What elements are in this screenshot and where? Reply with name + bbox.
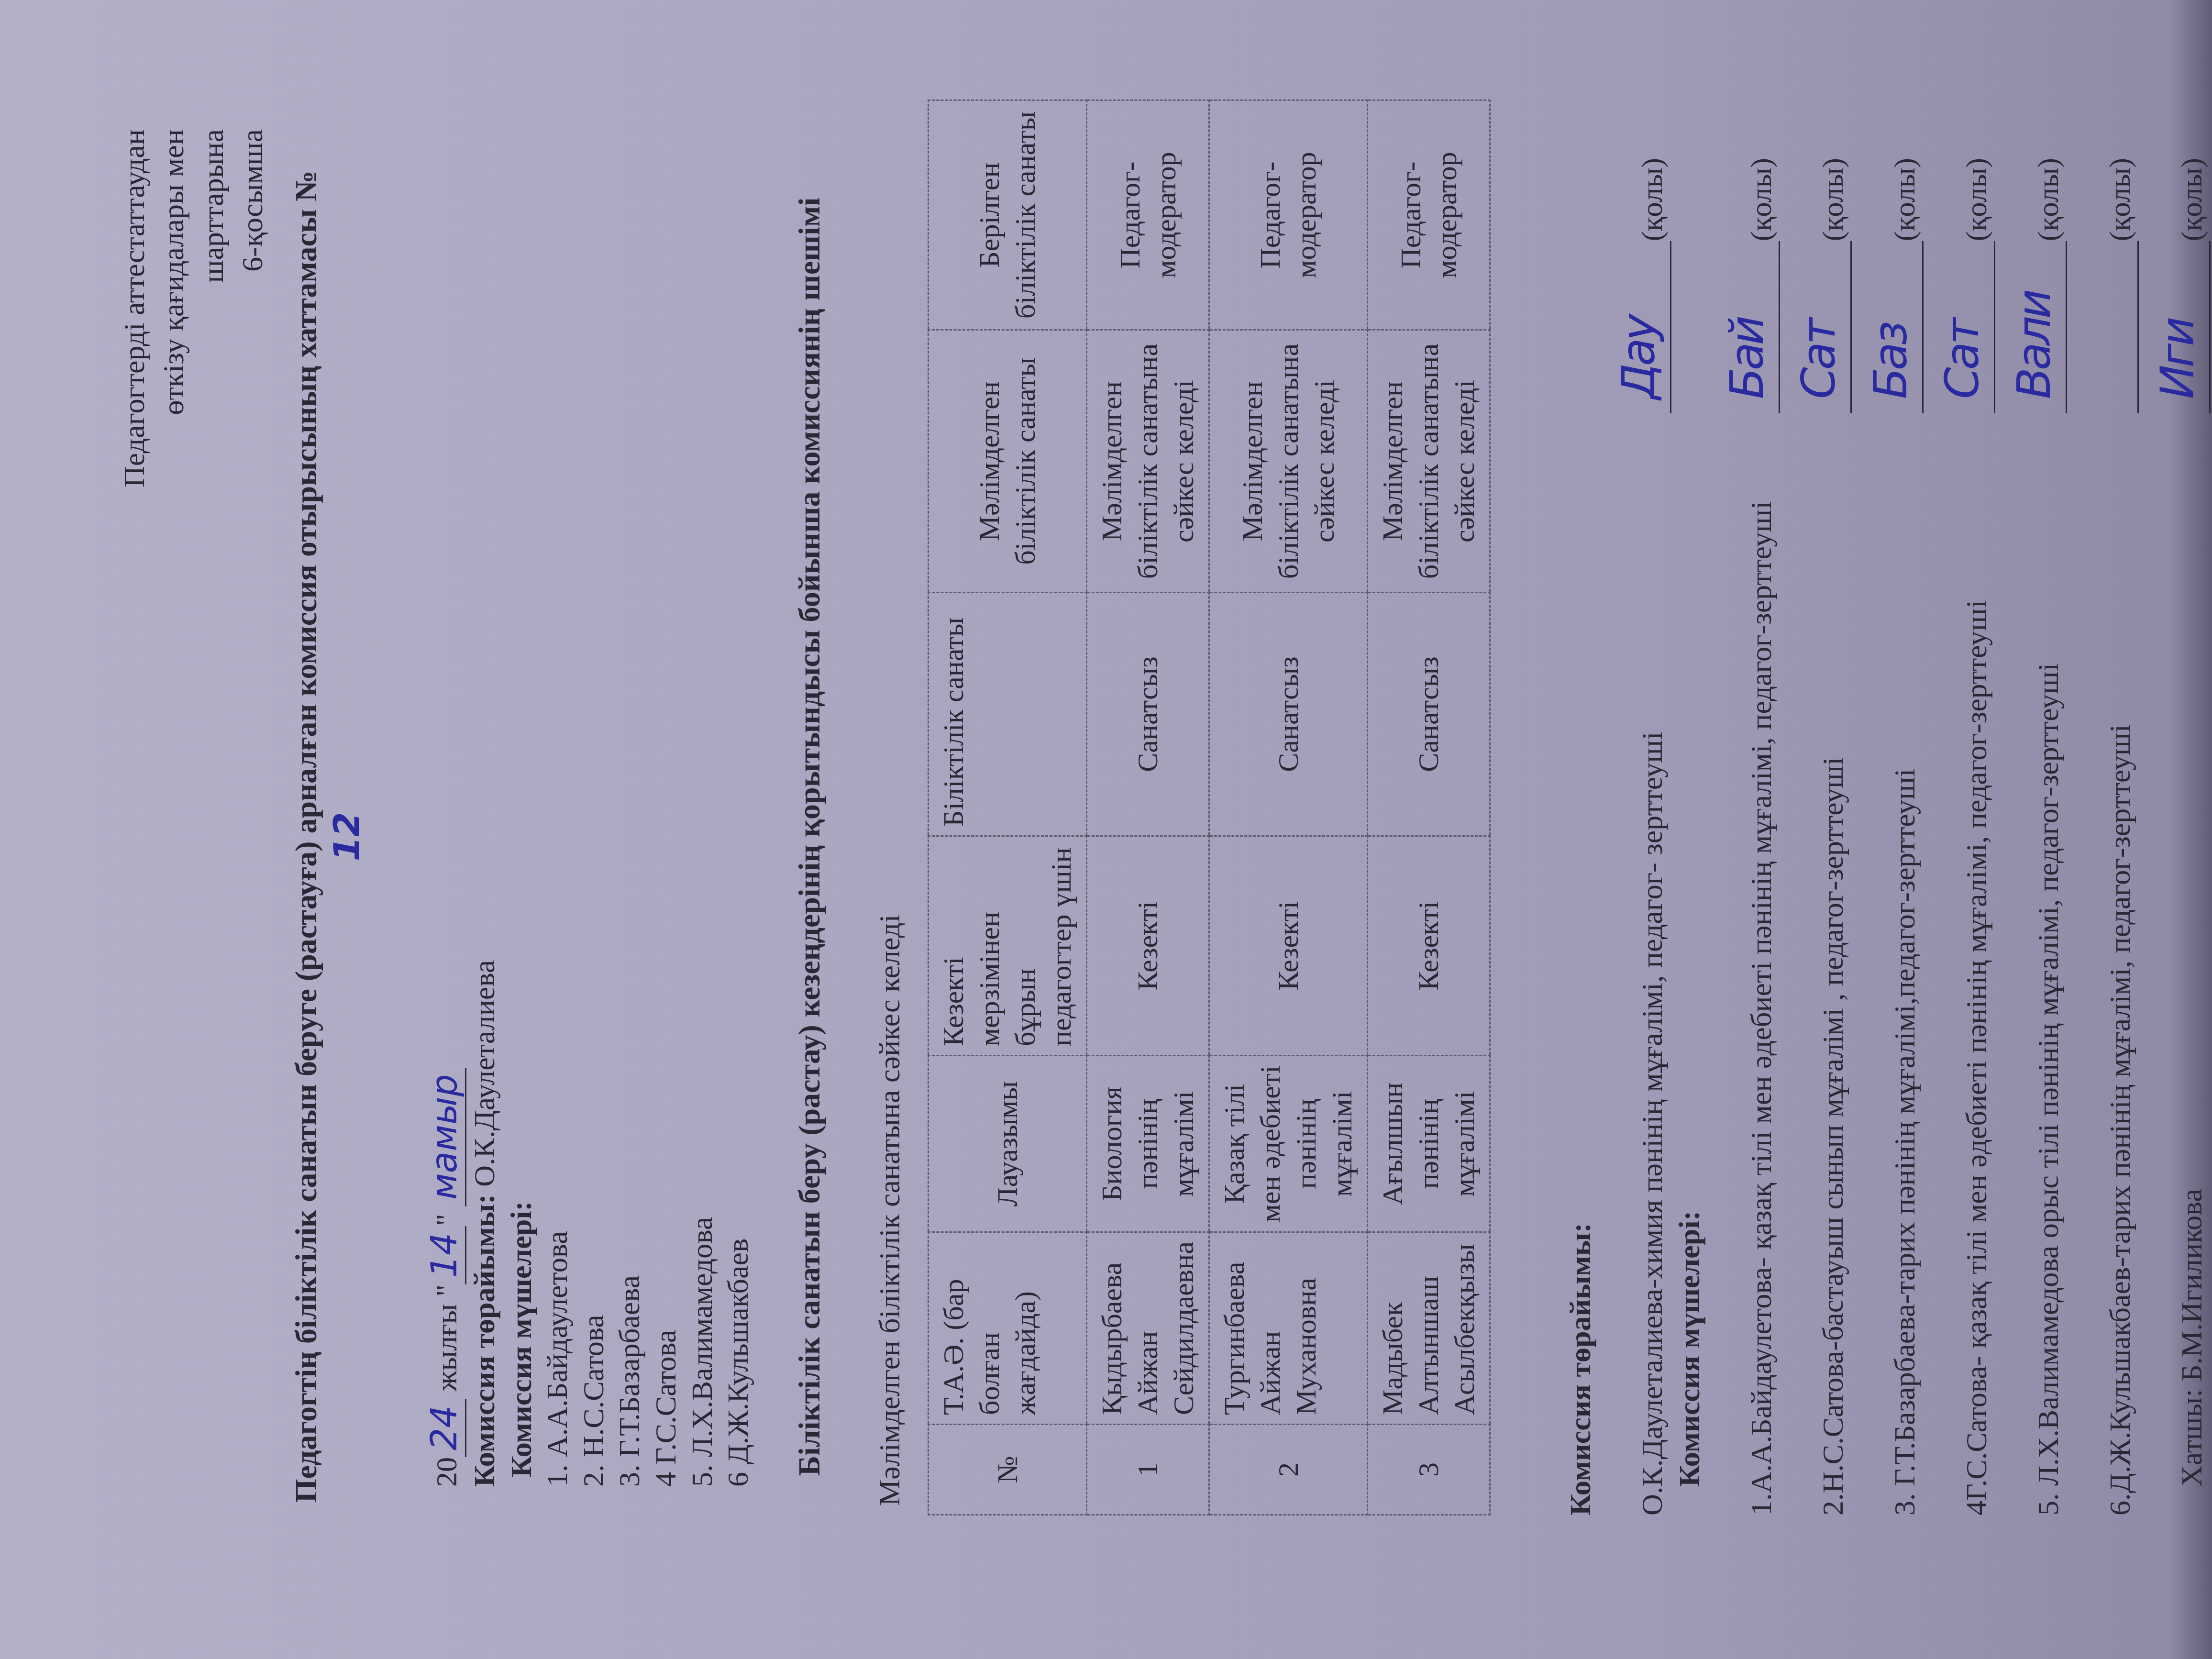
cell-category: Санатсыз	[1368, 593, 1490, 836]
decision-title: Біліктілік санатын беру (растау) кезеңде…	[790, 158, 829, 1515]
cell-assigned: Педагог-модератор	[1087, 100, 1209, 330]
signature-row: 5. Л.Х.Валимамедова орыс тілі пәнінің мұ…	[1995, 158, 2067, 1515]
header-declared: Мәлімделген біліктілік санаты	[929, 330, 1087, 593]
secretary-text: Хатшы: Б.М.Игиликова	[2174, 1189, 2211, 1487]
signature-entry-text: 4Г.С.Сатова- қазақ тілі мен әдебиеті пән…	[1958, 600, 1996, 1515]
sign-label: (қолы)	[1887, 158, 1924, 241]
cell-position: Биология пәнінің мұғалімі	[1087, 1056, 1209, 1232]
results-table: № Т.А.Ә. (бар болған жағдайда) Лауазымы …	[928, 100, 1491, 1515]
signature-line: Баз	[1869, 241, 1924, 413]
signature-entry-text: 5. Л.Х.Валимамедова орыс тілі пәнінің мұ…	[2030, 663, 2068, 1515]
signature-line: Бай	[1726, 241, 1780, 413]
table-row: 1 Қыдырбаева Айжан Сейдилдаевна Биология…	[1087, 100, 1209, 1515]
sign-label: (қолы)	[2030, 158, 2068, 241]
cell-declared: Мәлімделген біліктілік санатына сәйкес к…	[1209, 330, 1368, 593]
cell-number: 3	[1368, 1425, 1490, 1515]
member-item: 3. Г.Т.Базарбаева	[612, 158, 648, 1487]
signature-row: О.К.Даулеталиева-химия пәнінің мұғалімі,…	[1600, 158, 1671, 1515]
signature-entry-text: 3. Г.Т.Базарбаева-тарих пәнінің мұғалімі…	[1887, 769, 1924, 1515]
date-prefix: 20	[431, 1457, 463, 1487]
decision-note: Мәлімделген біліктілік санатына сәйкес к…	[872, 158, 909, 1506]
sign-label: (қолы)	[1743, 158, 1781, 241]
member-item: 1. А.А.Байдаулетова	[540, 158, 576, 1487]
signature-line: Иги	[2157, 241, 2211, 413]
cell-name: Тургинбаева Айжан Мухановна	[1209, 1232, 1368, 1425]
cell-term: Кезекті	[1209, 836, 1368, 1056]
cell-name: Мадыбек Алтыншаш Асылбекқызы	[1368, 1232, 1490, 1425]
sign-label: (қолы)	[2102, 158, 2139, 241]
sign-label: (қолы)	[1815, 158, 1852, 241]
members-label: Комиссия мүшелері:	[504, 158, 540, 1477]
handwritten-signature: Дау	[1610, 317, 1667, 399]
signature-row: 1.А.А.Байдаулетова- қазақ тілі мен әдеби…	[1708, 158, 1780, 1515]
signature-row: 2.Н.С.Сатова-бастауыш сынып мұғалімі , п…	[1780, 158, 1852, 1515]
appendix-line: Педагогтерді аттестаттаудан	[115, 129, 154, 703]
document-page: Педагогтерді аттестаттаудан өткізу қағид…	[0, 0, 2212, 1659]
date-line: 2024 жылғы "14" мамыр	[422, 158, 467, 1487]
date-day-suffix: "	[431, 1214, 463, 1226]
handwritten-signature: Бай	[1718, 318, 1776, 399]
header-category: Біліктілік санаты	[929, 593, 1087, 836]
cell-declared: Мәлімделген біліктілік санатына сәйкес к…	[1087, 330, 1209, 593]
signature-row: 6.Д.Ж.Кульшакбаев-тарих пәнінің мұғалімі…	[2067, 158, 2139, 1515]
date-day-handwritten: 14	[424, 1226, 466, 1284]
signatures-members-label: Комиссия мүшелері:	[1671, 158, 1709, 1487]
signature-row-secretary: Хатшы: Б.М.Игиликова Иги(қолы)	[2139, 158, 2211, 1515]
chair-label: Комиссия төрайымы:	[468, 1194, 501, 1487]
cell-assigned: Педагог-модератор	[1368, 100, 1490, 330]
signature-row: 3. Г.Т.Базарбаева-тарих пәнінің мұғалімі…	[1852, 158, 1924, 1515]
appendix-line: 6-қосымша	[233, 129, 272, 703]
member-item: 2. Н.С.Сатова	[576, 158, 612, 1487]
member-item: 6 Д.Ж.Кульшакбаев	[720, 158, 757, 1487]
signature-entry-text: 1.А.А.Байдаулетова- қазақ тілі мен әдеби…	[1743, 501, 1781, 1515]
signature-row: 4Г.С.Сатова- қазақ тілі мен әдебиеті пән…	[1924, 158, 1995, 1515]
signatures-block: Комиссия төрайымы: О.К.Даулеталиева-хими…	[1562, 158, 2211, 1515]
header-term: Кезекті мерзімінен бұрын педагогтер үшін	[929, 836, 1087, 1056]
signatures-chair-label: Комиссия төрайымы:	[1562, 158, 1600, 1515]
cell-name: Қыдырбаева Айжан Сейдилдаевна	[1087, 1232, 1209, 1425]
document-title: Педагогтің біліктілік санатын беруге (ра…	[287, 158, 370, 1515]
cell-assigned: Педагог-модератор	[1209, 100, 1368, 330]
handwritten-signature: Баз	[1862, 323, 1919, 399]
members-list: Комиссия мүшелері: 1. А.А.Байдаулетова 2…	[504, 158, 757, 1487]
signature-line: Сат	[1798, 241, 1852, 413]
cell-position: Қазақ тілі мен әдебиеті пәнінің мұғалімі	[1209, 1056, 1368, 1232]
member-item: 5. Л.Х.Валимамедова	[685, 158, 721, 1487]
signature-line: Вали	[2013, 241, 2067, 413]
handwritten-signature: Вали	[2005, 292, 2063, 399]
date-year-handwritten: 24	[424, 1399, 466, 1457]
header-assigned: Берілген біліктілік санаты	[929, 100, 1087, 330]
signature-line	[2085, 241, 2139, 413]
chair-line: Комиссия төрайымы: О.К.Даулеталиева	[466, 158, 504, 1487]
header-position: Лауазымы	[929, 1056, 1087, 1232]
signature-line: Сат	[1941, 241, 1995, 413]
cell-position: Ағылшын пәнінің мұғалімі	[1368, 1056, 1490, 1232]
chair-name: О.К.Даулеталиева	[468, 960, 501, 1194]
sign-label: (қолы)	[2174, 158, 2211, 241]
cell-category: Санатсыз	[1087, 593, 1209, 836]
cell-number: 1	[1087, 1425, 1209, 1515]
cell-category: Санатсыз	[1209, 593, 1368, 836]
appendix-line: өткізу қағидалары мен	[154, 129, 193, 703]
cell-number: 2	[1209, 1425, 1368, 1515]
member-item: 4 Г.С.Сатова	[648, 158, 685, 1487]
cell-declared: Мәлімделген біліктілік санатына сәйкес к…	[1368, 330, 1490, 593]
cell-term: Кезекті	[1087, 836, 1209, 1056]
appendix-line: шарттарына	[194, 129, 233, 703]
signature-line: Дау	[1617, 241, 1671, 413]
date-month-handwritten: мамыр	[424, 1068, 466, 1206]
signature-entry-text: 6.Д.Ж.Кульшакбаев-тарих пәнінің мұғалімі…	[2102, 724, 2139, 1515]
header-number: №	[929, 1425, 1087, 1515]
signature-entry-text: О.К.Даулеталиева-химия пәнінің мұғалімі,…	[1634, 731, 1671, 1515]
title-text: Педагогтің біліктілік санатын беруге (ра…	[289, 171, 323, 1503]
handwritten-signature: Сат	[1790, 321, 1847, 399]
header-name: Т.А.Ә. (бар болған жағдайда)	[929, 1232, 1087, 1425]
protocol-number-handwritten: 12	[327, 812, 368, 862]
table-row: 2 Тургинбаева Айжан Мухановна Қазақ тілі…	[1209, 100, 1368, 1515]
cell-term: Кезекті	[1368, 836, 1490, 1056]
handwritten-signature: Иги	[2149, 320, 2206, 399]
sign-label: (қолы)	[1958, 158, 1996, 241]
date-year-suffix: жылғы "	[431, 1284, 463, 1399]
signature-entry-text: 2.Н.С.Сатова-бастауыш сынып мұғалімі , п…	[1815, 757, 1852, 1515]
handwritten-signature: Сат	[1934, 321, 1991, 399]
sign-label: (қолы)	[1634, 158, 1671, 241]
appendix-note: Педагогтерді аттестаттаудан өткізу қағид…	[115, 129, 273, 703]
table-row: 3 Мадыбек Алтыншаш Асылбекқызы Ағылшын п…	[1368, 100, 1490, 1515]
table-header-row: № Т.А.Ә. (бар болған жағдайда) Лауазымы …	[929, 100, 1087, 1515]
